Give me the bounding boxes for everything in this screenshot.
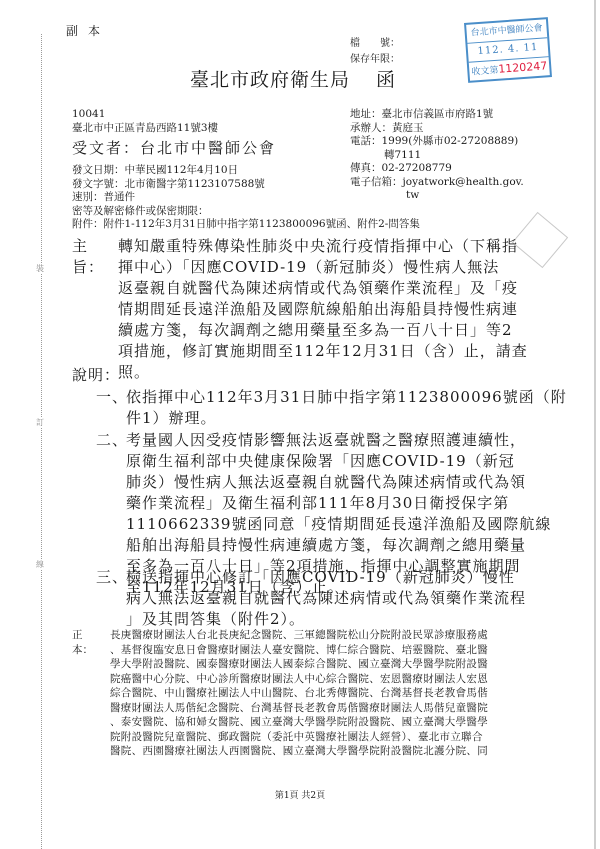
issue-number: 發文字號：北市衛醫字第1123107588號	[72, 178, 420, 192]
subject-line: 續處方箋，每次調劑之總用藥量至多為一百八十日」等2	[118, 320, 588, 341]
item-line: 原衛生福利部中央健康保險署「因應COVID-19（新冠	[126, 451, 571, 472]
subject-line: 情期間延長遠洋漁船及國際航線船舶出海船員持慢性病連	[118, 299, 588, 320]
item-line: 肺炎）慢性病人無法返臺親自就醫代為陳述病情或代為領	[126, 472, 571, 493]
file-number-label: 檔 號：	[350, 34, 400, 49]
stamp-receipt-number: 1120247	[498, 59, 548, 75]
subject-line: 照。	[118, 362, 588, 383]
subject-line: 項措施，修訂實施期間至112年12月31日（含）止，請查	[118, 341, 588, 362]
item-line: 1110662339號函同意「疫情期間延長遠洋漁船及國際航線	[126, 514, 571, 535]
secrecy-level: 密等及解密條件或保密期限：	[72, 205, 420, 219]
subject-line: 返臺親自就醫代為陳述病情或代為領藥作業流程」及「疫	[118, 278, 588, 299]
page-edge	[594, 0, 596, 849]
item-content: 檢送指揮中心修訂「因應COVID-19（新冠肺炎）慢性 病人無法返臺親自就醫代為…	[126, 567, 571, 630]
cc-line: 學大學附設醫院、國泰醫療財團法人國泰綜合醫院、國立臺灣大學醫學院附設醫	[110, 657, 560, 672]
agency-name: 臺北市政府衛生局	[190, 69, 350, 91]
item-number: 二、	[96, 430, 128, 451]
retention-label: 保存年限：	[350, 50, 400, 65]
cc-line: 綜合醫院、中山醫療社團法人中山醫院、台北秀傳醫院、台灣基督長老教會馬偕	[110, 686, 560, 701]
cc-line: 長庚醫療財團法人台北長庚紀念醫院、三軍總醫院松山分院附設民眾診療服務處	[110, 628, 560, 643]
recipient-address: 臺北市中正區青島西路11號3樓	[72, 122, 218, 136]
cc-line: 醫療財團法人馬偕紀念醫院、台灣基督長老教會馬偕醫療財團法人馬偕兒童醫院	[110, 701, 560, 716]
contact-handler: 承辦人：黃庭玉	[350, 122, 524, 136]
cc-content: 長庚醫療財團法人台北長庚紀念醫院、三軍總醫院松山分院附設民眾診療服務處 、基督復…	[110, 628, 560, 759]
page-number: 第1頁 共2頁	[0, 788, 600, 801]
item-line: 考量國人因受疫情影響無法返臺就醫之醫療照護連續性，	[126, 430, 571, 451]
cc-line: 、泰安醫院、協和婦女醫院、國立臺灣大學醫學院附設醫院、國立臺灣大學醫學	[110, 715, 560, 730]
item-line: 藥作業流程」及衛生福利部111年8月30日衛授保字第	[126, 493, 571, 514]
item-line: 件1）辦理。	[126, 408, 571, 429]
subject-content: 轉知嚴重特殊傳染性肺炎中央流行疫情指揮中心（下稱指 揮中心）「因應COVID-1…	[118, 236, 588, 383]
attachments: 附件：附件1-112年3月31日肺中指字第1123800096號函、附件2-問答…	[72, 218, 420, 232]
contact-phone: 電話：1999(外縣市02-27208889)	[350, 135, 524, 149]
item-line: 病人無法返臺親自就醫代為陳述病情或代為領藥作業流程	[126, 588, 571, 609]
document-type: 函	[376, 69, 396, 91]
explanation-label: 說明：	[72, 365, 120, 386]
cc-label: 正本：	[72, 628, 93, 657]
contact-phone-ext: 轉7111	[350, 149, 524, 163]
contact-address: 地址：臺北市信義區市府路1號	[350, 108, 524, 122]
item-content: 依指揮中心112年3月31日肺中指字第1123800096號函（附 件1）辦理。	[126, 387, 571, 429]
cc-line: 、基督復臨安息日會醫療財團法人臺安醫院、博仁綜合醫院、培靈醫院、臺北醫	[110, 643, 560, 658]
cc-line: 院癌醫中心分院、中心診所醫療財團法人中心綜合醫院、宏恩醫療財團法人宏恩	[110, 672, 560, 687]
binding-mark-middle: 訂	[36, 418, 44, 428]
document-title: 臺北市政府衛生局函	[190, 65, 396, 92]
item-line: 」及其問答集（附件2）。	[126, 609, 571, 630]
stamp-receipt-prefix: 收文第	[471, 66, 499, 78]
subject-line: 轉知嚴重特殊傳染性肺炎中央流行疫情指揮中心（下稱指	[118, 236, 588, 257]
copy-label: 副本	[66, 22, 110, 39]
item-line: 依指揮中心112年3月31日肺中指字第1123800096號函（附	[126, 387, 571, 408]
binding-mark-bottom: 線	[36, 560, 44, 570]
item-line: 檢送指揮中心修訂「因應COVID-19（新冠肺炎）慢性	[126, 567, 571, 588]
delivery-speed: 速別：普通件	[72, 191, 420, 205]
subject-label: 主旨：	[72, 236, 104, 278]
item-number: 一、	[96, 387, 128, 408]
recipient-address-block: 10041 臺北市中正區青島西路11號3樓	[72, 108, 218, 135]
postal-code: 10041	[72, 108, 218, 122]
binding-mark-top: 裝	[36, 264, 44, 274]
issue-date: 發文日期：中華民國112年4月10日	[72, 164, 420, 178]
receipt-stamp: 台北市中醫師公會 112. 4. 11 收文第1120247	[464, 17, 552, 83]
subject-line: 揮中心）「因應COVID-19（新冠肺炎）慢性病人無法	[118, 257, 588, 278]
binding-line	[41, 34, 42, 849]
cc-line: 醫院、西園醫療社團法人西園醫院、國立臺灣大學醫學院附設醫院北護分院、同	[110, 744, 560, 759]
cc-line: 院附設醫院兒童醫院、郵政醫院（委託中英醫療社團法人經營）、臺北市立聯合	[110, 730, 560, 745]
item-line: 船舶出海船員持慢性病連續處方箋，每次調劑之總用藥量	[126, 535, 571, 556]
document-info-block: 發文日期：中華民國112年4月10日 發文字號：北市衛醫字第1123107588…	[72, 164, 420, 232]
item-number: 三、	[96, 567, 128, 588]
recipient: 受文者：台北市中醫師公會	[72, 137, 276, 158]
